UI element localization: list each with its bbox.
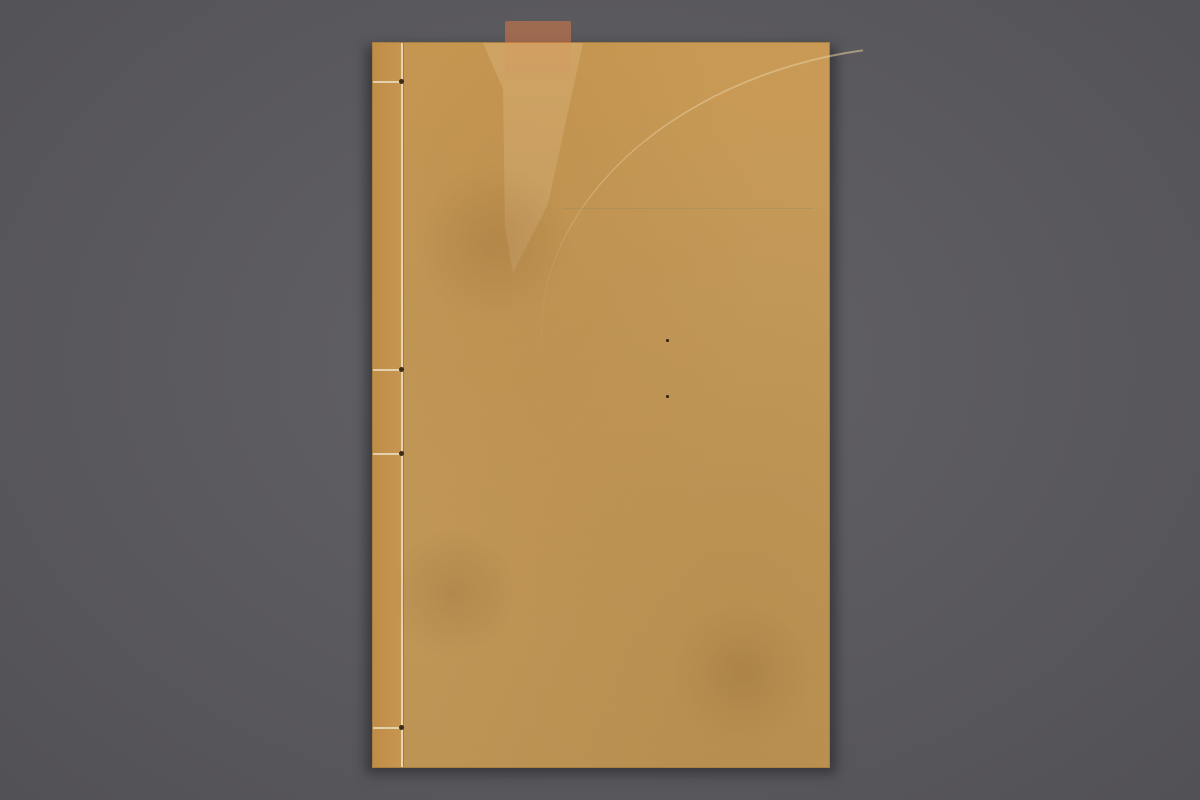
binding-thread [401, 43, 403, 767]
ink-dot [666, 339, 669, 342]
ink-dot [666, 395, 669, 398]
age-stain [413, 163, 573, 323]
book-spine [373, 43, 404, 767]
stitch-hole-3 [399, 451, 404, 456]
stitch-hole-4 [399, 725, 404, 730]
stitch-hole-2 [399, 367, 404, 372]
age-stain [673, 603, 813, 743]
stitch-hole-1 [399, 79, 404, 84]
label-tab-text [509, 23, 567, 41]
book-cover [372, 42, 830, 768]
age-stain [393, 523, 513, 663]
faint-ruled-line [563, 208, 813, 209]
